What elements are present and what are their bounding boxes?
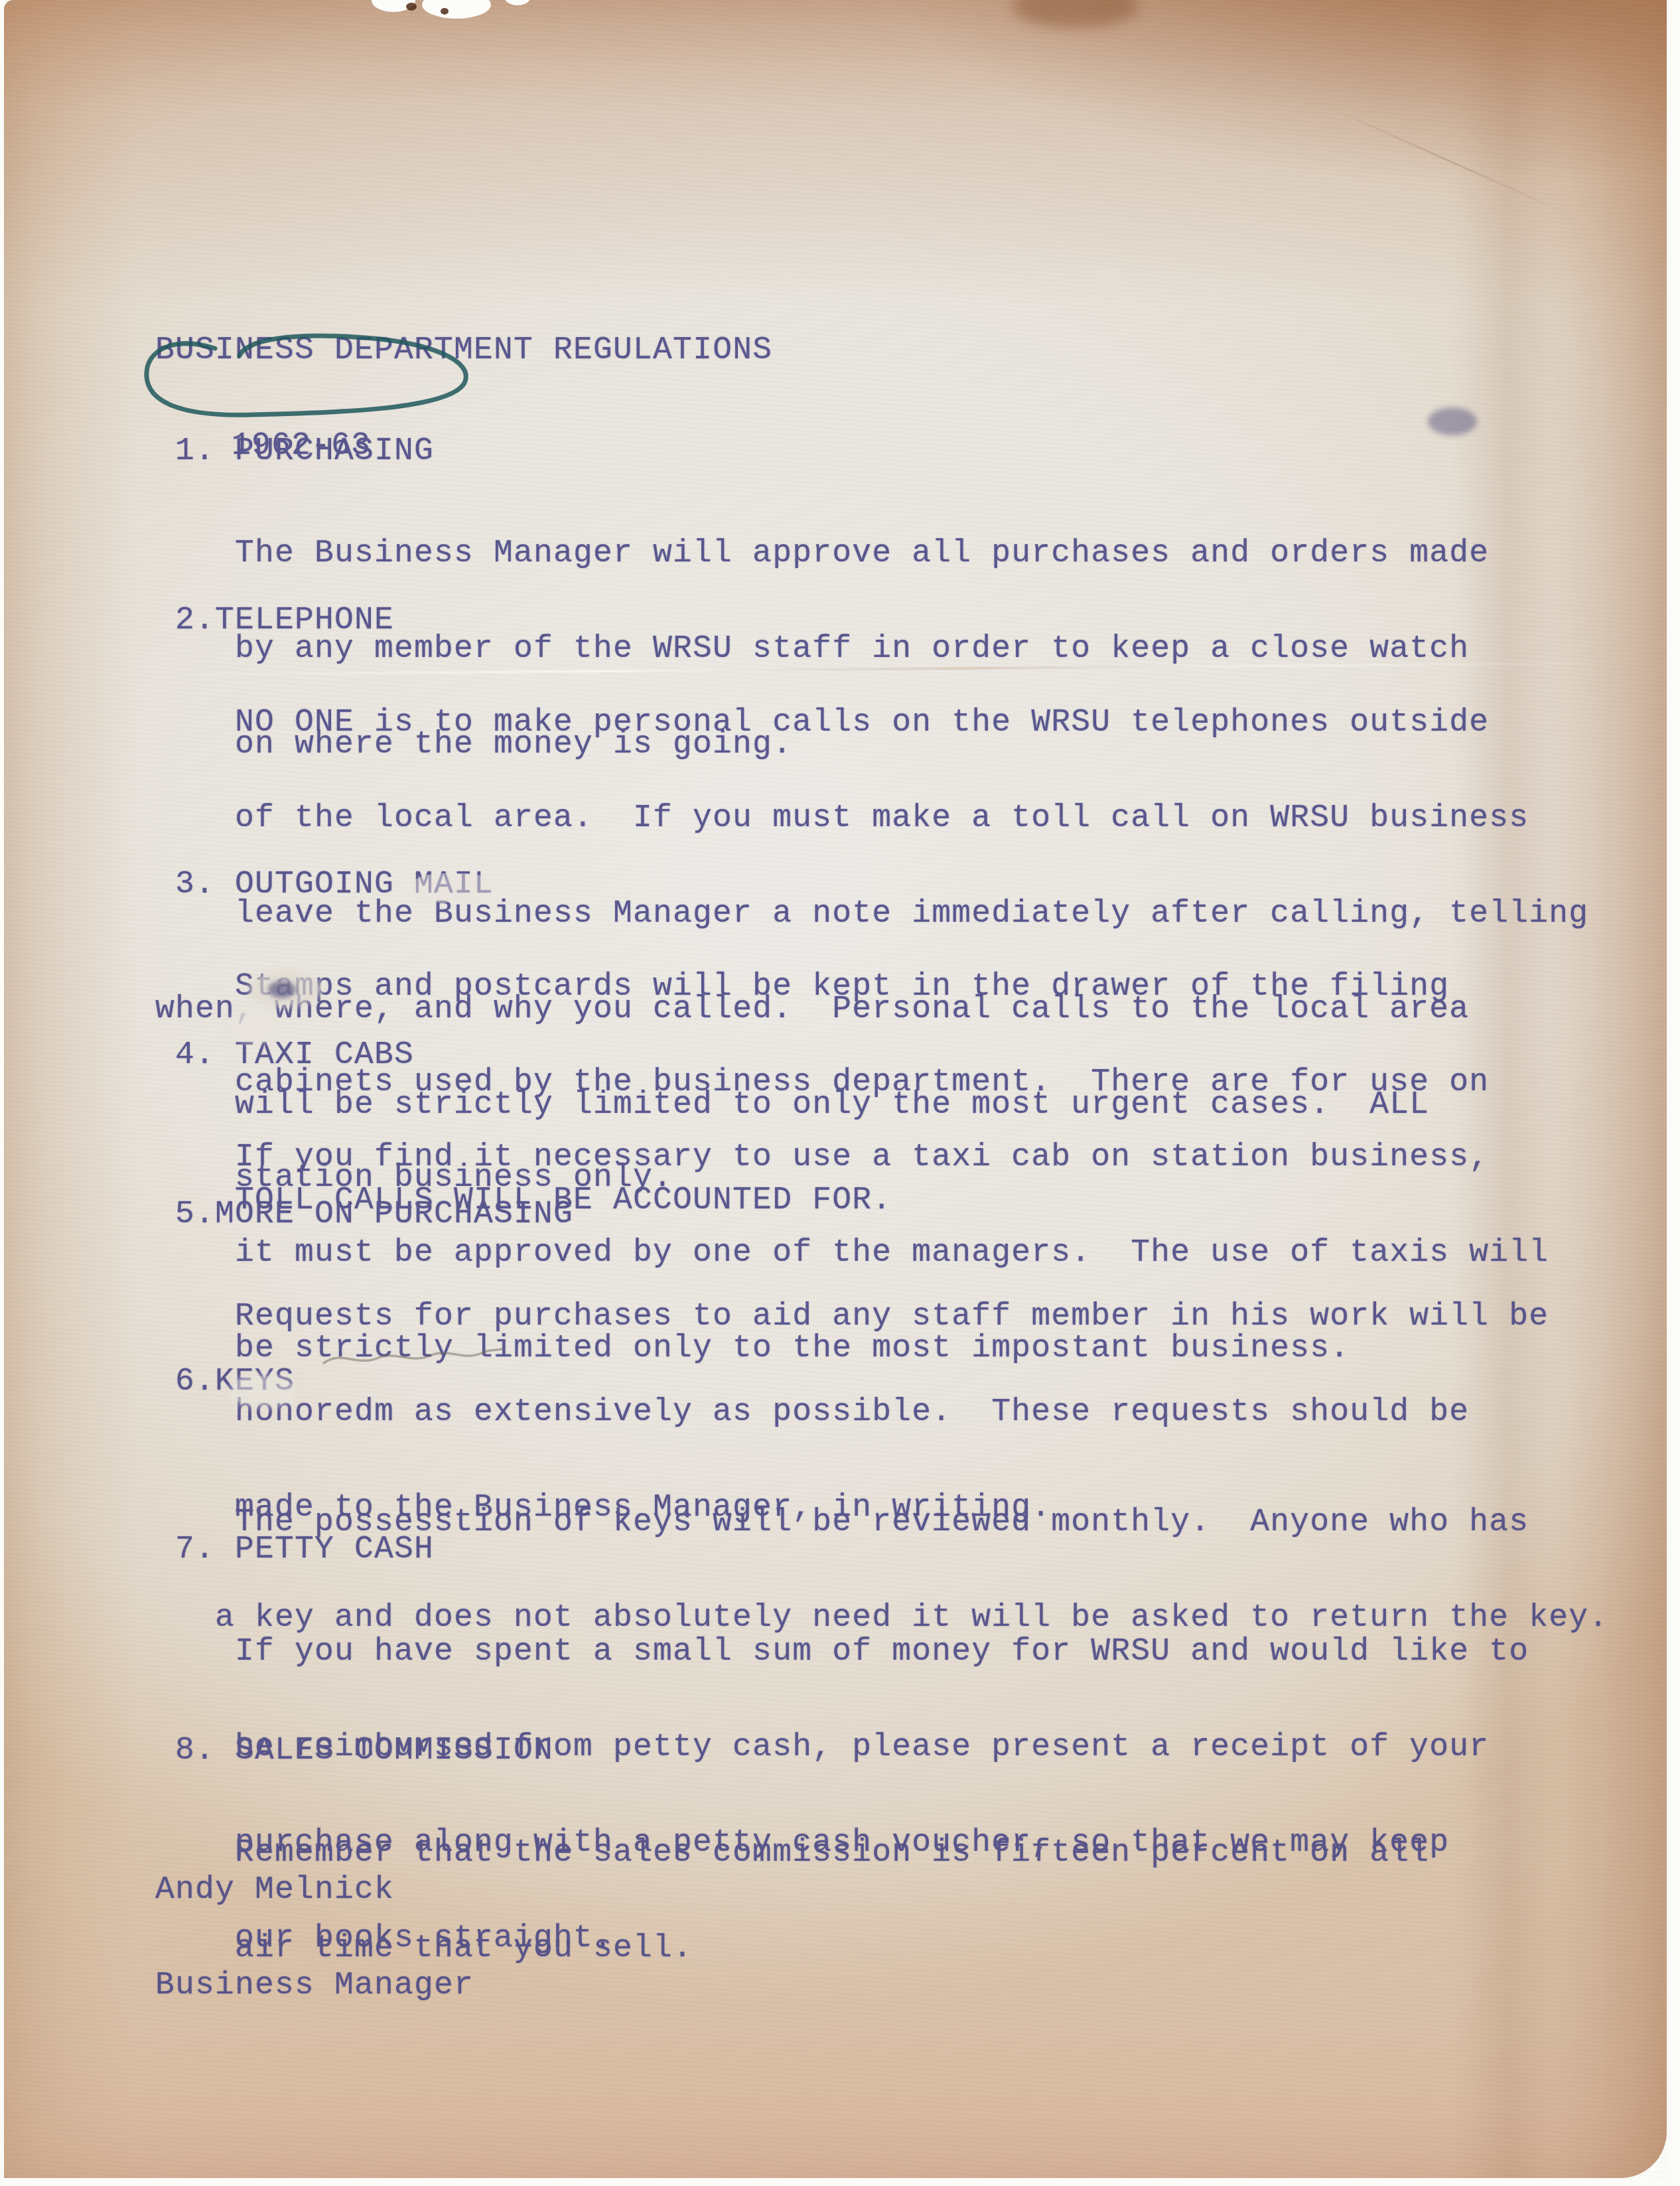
scanned-page: BUSINESS DEPARTMENT REGULATIONS 1962-63 … xyxy=(0,0,1680,2186)
section-heading: 4. TAXI CABS xyxy=(155,1039,1549,1071)
text-line: If you have spent a small sum of money f… xyxy=(155,1636,1529,1668)
ink-blot xyxy=(268,981,296,998)
faded-ink-patch xyxy=(232,1011,276,1041)
pencil-scribble xyxy=(321,1345,507,1374)
faded-ink-patch xyxy=(411,873,494,903)
text-line: NO ONE is to make personal calls on the … xyxy=(155,707,1588,739)
signature-block: Andy Melnick Business Manager xyxy=(155,1810,474,2065)
signature-role: Business Manager xyxy=(155,1970,474,2002)
signature-name: Andy Melnick xyxy=(155,1874,474,1906)
faded-ink-patch xyxy=(232,1376,293,1406)
section-heading: 1. PURCHASING xyxy=(155,435,1489,467)
paper-sheet: BUSINESS DEPARTMENT REGULATIONS 1962-63 … xyxy=(4,0,1667,2178)
section-heading: 3. OUTGOING MAIL xyxy=(155,869,1489,901)
faded-ink-patch xyxy=(1096,268,1123,297)
staple-mark xyxy=(406,3,417,11)
section-heading: 2.TELEPHONE xyxy=(155,605,1588,636)
staple-mark xyxy=(441,8,449,15)
section-heading: 5.MORE ON PURCHASING xyxy=(155,1199,1549,1230)
overstrike-blot xyxy=(1428,407,1477,435)
section-heading: 8. SALES COMMISSION xyxy=(155,1735,1429,1767)
pen-circle-annotation xyxy=(137,330,482,427)
section-heading: 7. PETTY CASH xyxy=(155,1534,1529,1566)
